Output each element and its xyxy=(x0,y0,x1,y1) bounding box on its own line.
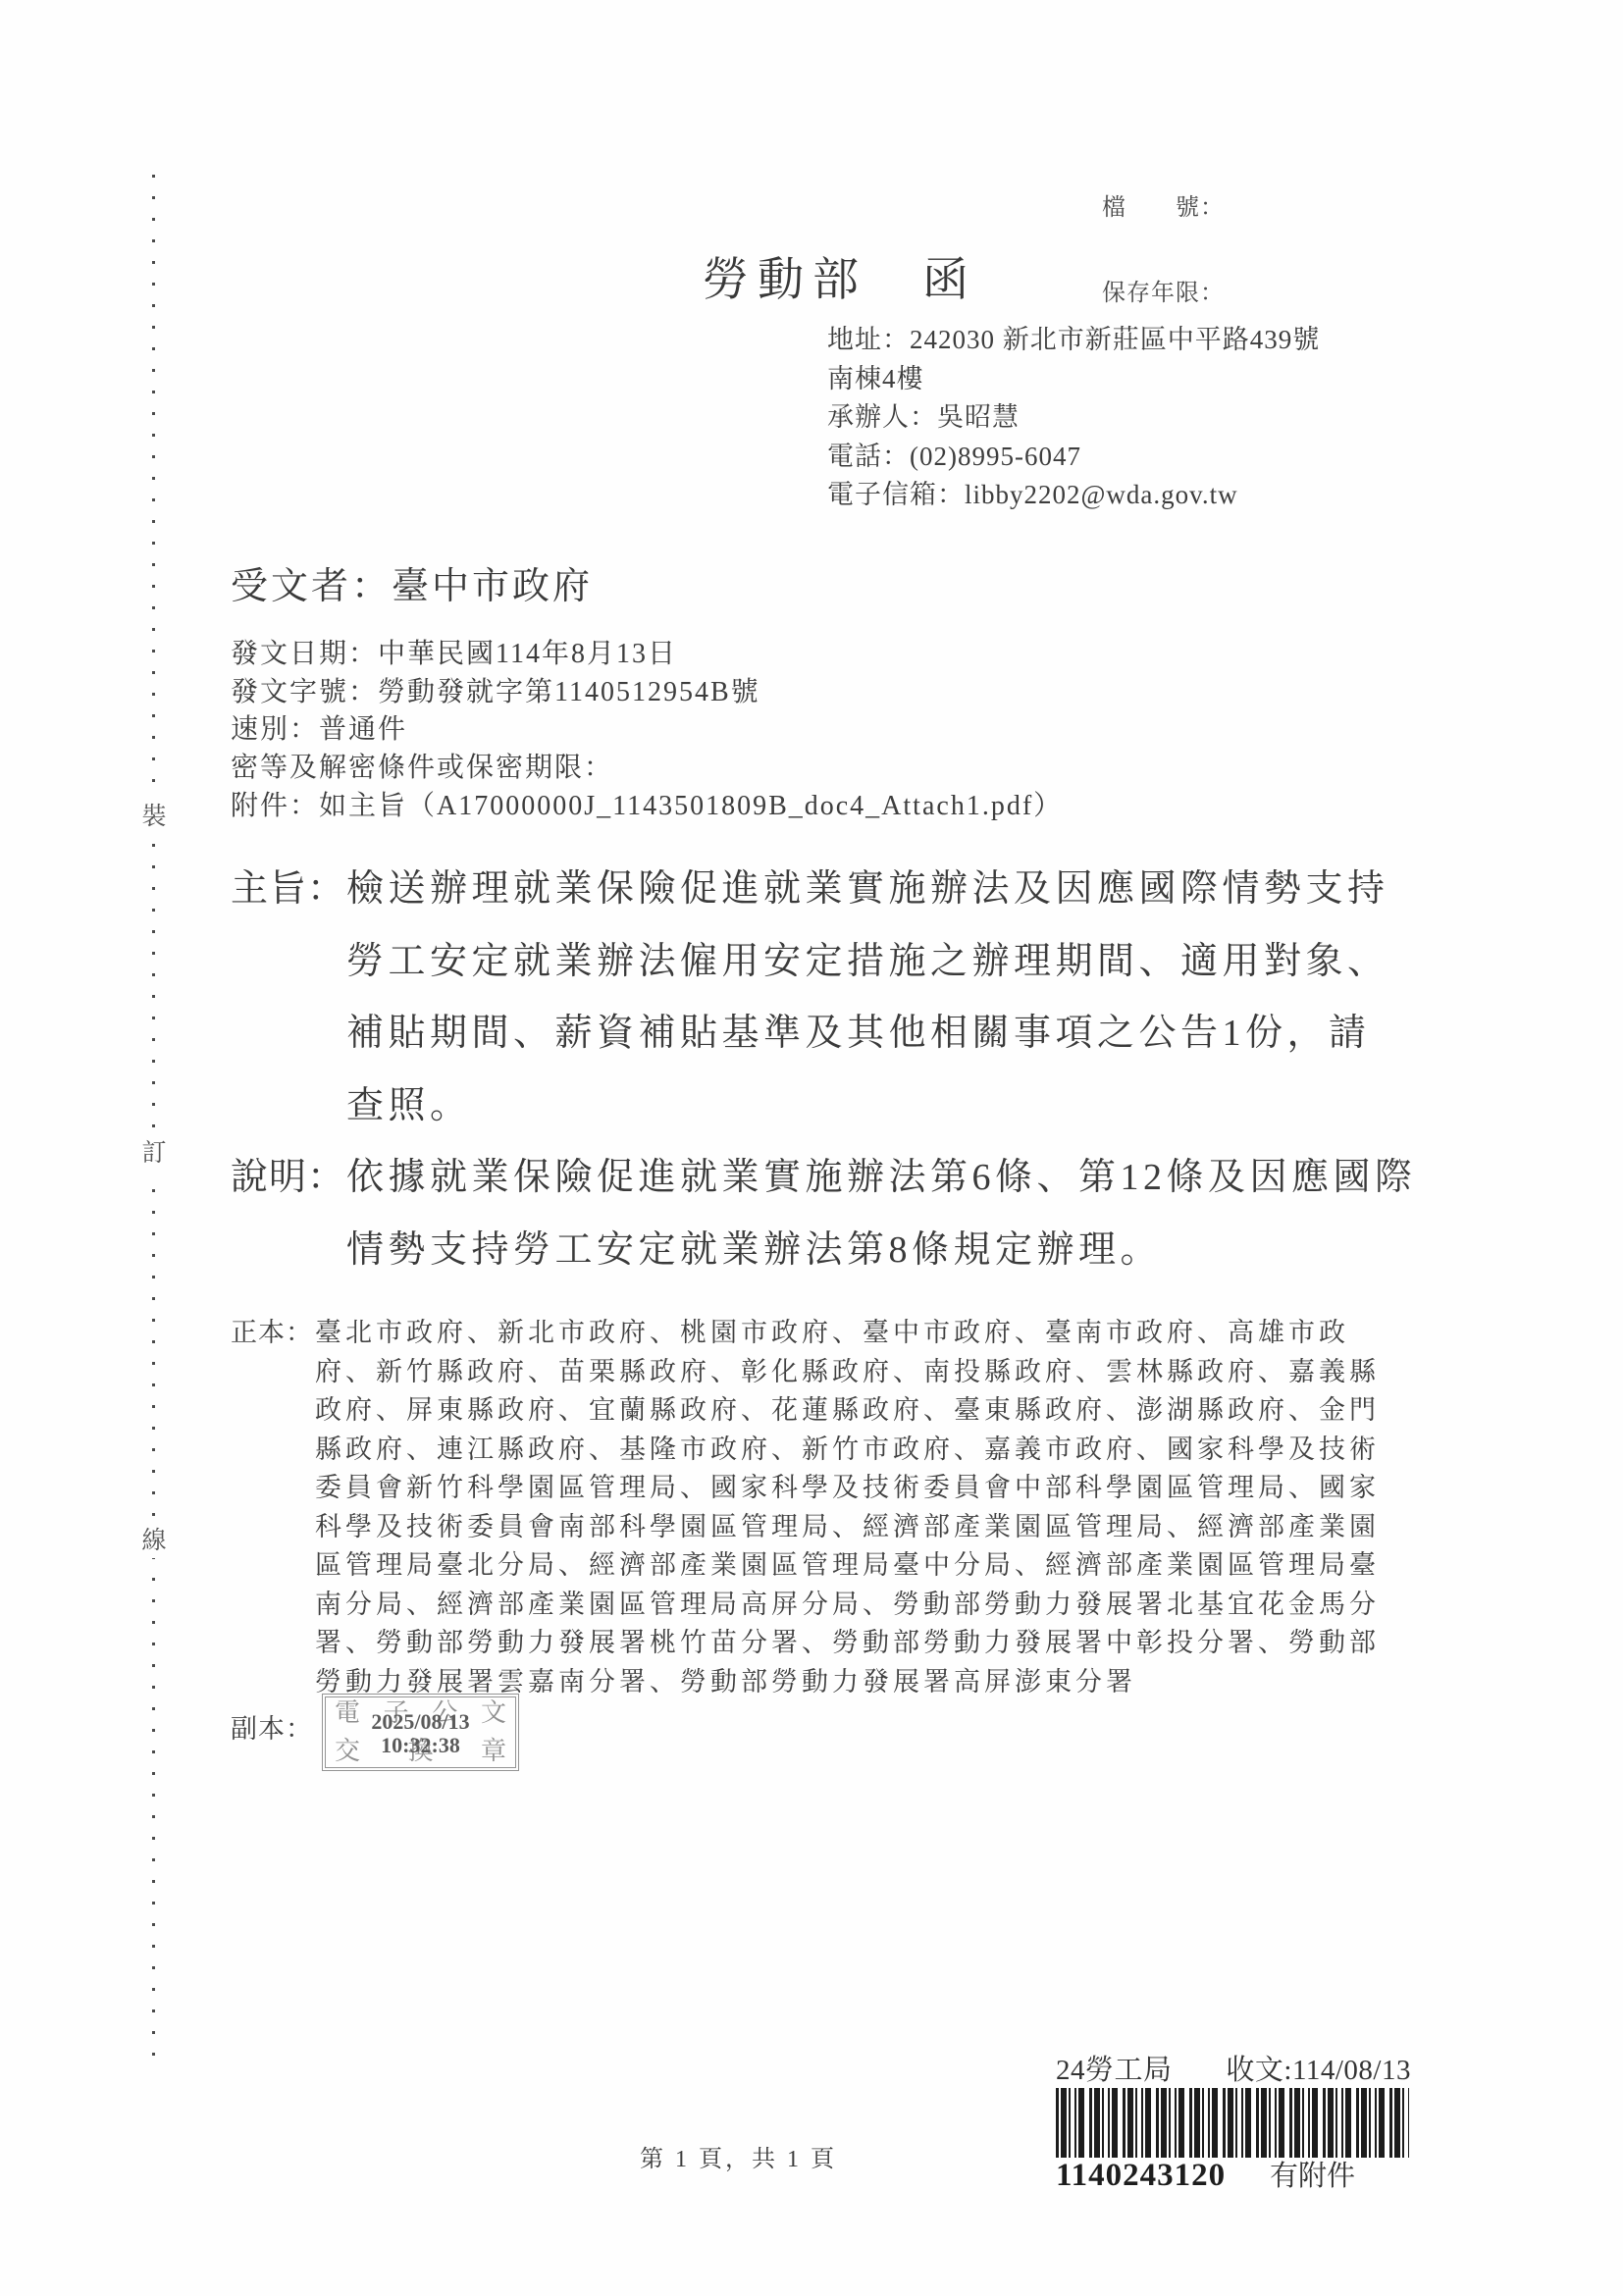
original-copy-line: 科學及技術委員會南部科學園區管理局、經濟部產業園區管理局、經濟部產業園 xyxy=(315,1508,1380,1547)
receipt-header: 24勞工局 收文:114/08/13 xyxy=(1056,2055,1411,2086)
description-label: 說明： xyxy=(231,1142,345,1215)
original-copy-label: 正本： xyxy=(231,1314,313,1353)
carbon-copy-label: 副本： xyxy=(231,1707,313,1746)
original-copy-section: 正本： 臺北市政府、新北市政府、桃園市政府、臺中市政府、臺南市政府、高雄市政 府… xyxy=(231,1314,1380,1701)
sender-address-line1: 地址：242030 新北市新莊區中平路439號 xyxy=(827,321,1320,360)
sender-address-line2: 南棟4樓 xyxy=(827,360,1320,399)
subject-line: 查照。 xyxy=(346,1070,1389,1143)
original-copy-line: 南分局、經濟部產業園區管理局高屏分局、勞動部勞動力發展署北基宜花金馬分 xyxy=(315,1586,1380,1625)
subject-label: 主旨： xyxy=(231,854,345,926)
barcode xyxy=(1056,2088,1409,2158)
original-copy-body: 臺北市政府、新北市政府、桃園市政府、臺中市政府、臺南市政府、高雄市政 府、新竹縣… xyxy=(315,1314,1380,1701)
receipt-office: 24勞工局 xyxy=(1056,2055,1173,2086)
document-number: 發文字號：勞動發就字第1140512954B號 xyxy=(231,674,1063,712)
document-meta-block: 發文日期：中華民國114年8月13日 發文字號：勞動發就字第1140512954… xyxy=(231,636,1063,826)
sender-contact-person: 承辦人：吳昭慧 xyxy=(827,398,1320,438)
delivery-speed: 速別：普通件 xyxy=(231,711,1063,750)
sender-info-block: 地址：242030 新北市新莊區中平路439號 南棟4樓 承辦人：吳昭慧 電話：… xyxy=(827,321,1320,515)
original-copy-line: 縣政府、連江縣政府、基隆市政府、新竹市政府、嘉義市政府、國家科學及技術 xyxy=(315,1431,1380,1470)
stamp-datetime: 2025/08/13 10:32:38 xyxy=(326,1710,515,1757)
original-copy-line: 臺北市政府、新北市政府、桃園市政府、臺中市政府、臺南市政府、高雄市政 xyxy=(315,1314,1380,1353)
binding-mark-ding: 訂 xyxy=(140,1136,168,1171)
subject-line: 補貼期間、薪資補貼基準及其他相關事項之公告1份，請 xyxy=(346,998,1389,1070)
sender-phone: 電話：(02)8995-6047 xyxy=(827,438,1320,477)
binding-mark-zhuang: 裝 xyxy=(140,800,168,834)
subject-line: 勞工安定就業辦法僱用安定措施之辦理期間、適用對象、 xyxy=(346,926,1389,999)
receipt-stamp-block: 24勞工局 收文:114/08/13 1140243120 有附件 xyxy=(1056,2055,1411,2194)
original-copy-line: 署、勞動部勞動力發展署桃竹苗分署、勞動部勞動力發展署中彰投分署、勞動部 xyxy=(315,1624,1380,1663)
receipt-attachment-note: 有附件 xyxy=(1270,2161,1355,2192)
original-copy-line: 委員會新竹科學園區管理局、國家科學及技術委員會中部科學園區管理局、國家 xyxy=(315,1469,1380,1508)
sender-email: 電子信箱：libby2202@wda.gov.tw xyxy=(827,476,1320,515)
document-title: 勞動部 函 xyxy=(703,243,977,309)
receipt-date: 收文:114/08/13 xyxy=(1226,2055,1411,2086)
description-section: 說明： 依據就業保險促進就業實施辦法第6條、第12條及因應國際 情勢支持勞工安定… xyxy=(231,1142,1417,1286)
file-number-label: 檔 號： xyxy=(1102,194,1225,223)
binding-mark-xian: 線 xyxy=(140,1524,168,1558)
recipient-line: 受文者：臺中市政府 xyxy=(231,555,593,609)
stamp-date: 2025/08/13 xyxy=(326,1710,515,1734)
electronic-exchange-stamp: 電子公文 交換章 2025/08/13 10:32:38 xyxy=(322,1694,519,1771)
page-number-footer: 第 1 頁，共 1 頁 xyxy=(640,2139,837,2173)
subject-body: 檢送辦理就業保險促進就業實施辦法及因應國際情勢支持 勞工安定就業辦法僱用安定措施… xyxy=(346,854,1389,1142)
receipt-number: 1140243120 xyxy=(1056,2159,1226,2192)
original-copy-line: 府、新竹縣政府、苗栗縣政府、彰化縣政府、南投縣政府、雲林縣政府、嘉義縣 xyxy=(315,1353,1380,1392)
issue-date: 發文日期：中華民國114年8月13日 xyxy=(231,636,1063,674)
binding-dotted-line xyxy=(152,175,155,2063)
receipt-footer: 1140243120 有附件 xyxy=(1056,2159,1411,2194)
retention-period-label: 保存年限： xyxy=(1102,280,1225,308)
description-line: 依據就業保險促進就業實施辦法第6條、第12條及因應國際 xyxy=(346,1142,1417,1215)
subject-section: 主旨： 檢送辦理就業保險促進就業實施辦法及因應國際情勢支持 勞工安定就業辦法僱用… xyxy=(231,854,1389,1142)
description-line: 情勢支持勞工安定就業辦法第8條規定辦理。 xyxy=(346,1215,1417,1287)
security-classification: 密等及解密條件或保密期限： xyxy=(231,750,1063,788)
description-body: 依據就業保險促進就業實施辦法第6條、第12條及因應國際 情勢支持勞工安定就業辦法… xyxy=(346,1142,1417,1286)
scanned-official-letter: 裝 訂 線 檔 號： 保存年限： 勞動部 函 地址：242030 新北市新莊區中… xyxy=(0,0,1623,2296)
subject-line: 檢送辦理就業保險促進就業實施辦法及因應國際情勢支持 xyxy=(346,854,1389,926)
original-copy-line: 政府、屏東縣政府、宜蘭縣政府、花蓮縣政府、臺東縣政府、澎湖縣政府、金門 xyxy=(315,1391,1380,1431)
attachment-field: 附件：如主旨（A17000000J_1143501809B_doc4_Attac… xyxy=(231,788,1063,826)
stamp-time: 10:32:38 xyxy=(326,1734,515,1757)
original-copy-line: 區管理局臺北分局、經濟部產業園區管理局臺中分局、經濟部產業園區管理局臺 xyxy=(315,1546,1380,1586)
